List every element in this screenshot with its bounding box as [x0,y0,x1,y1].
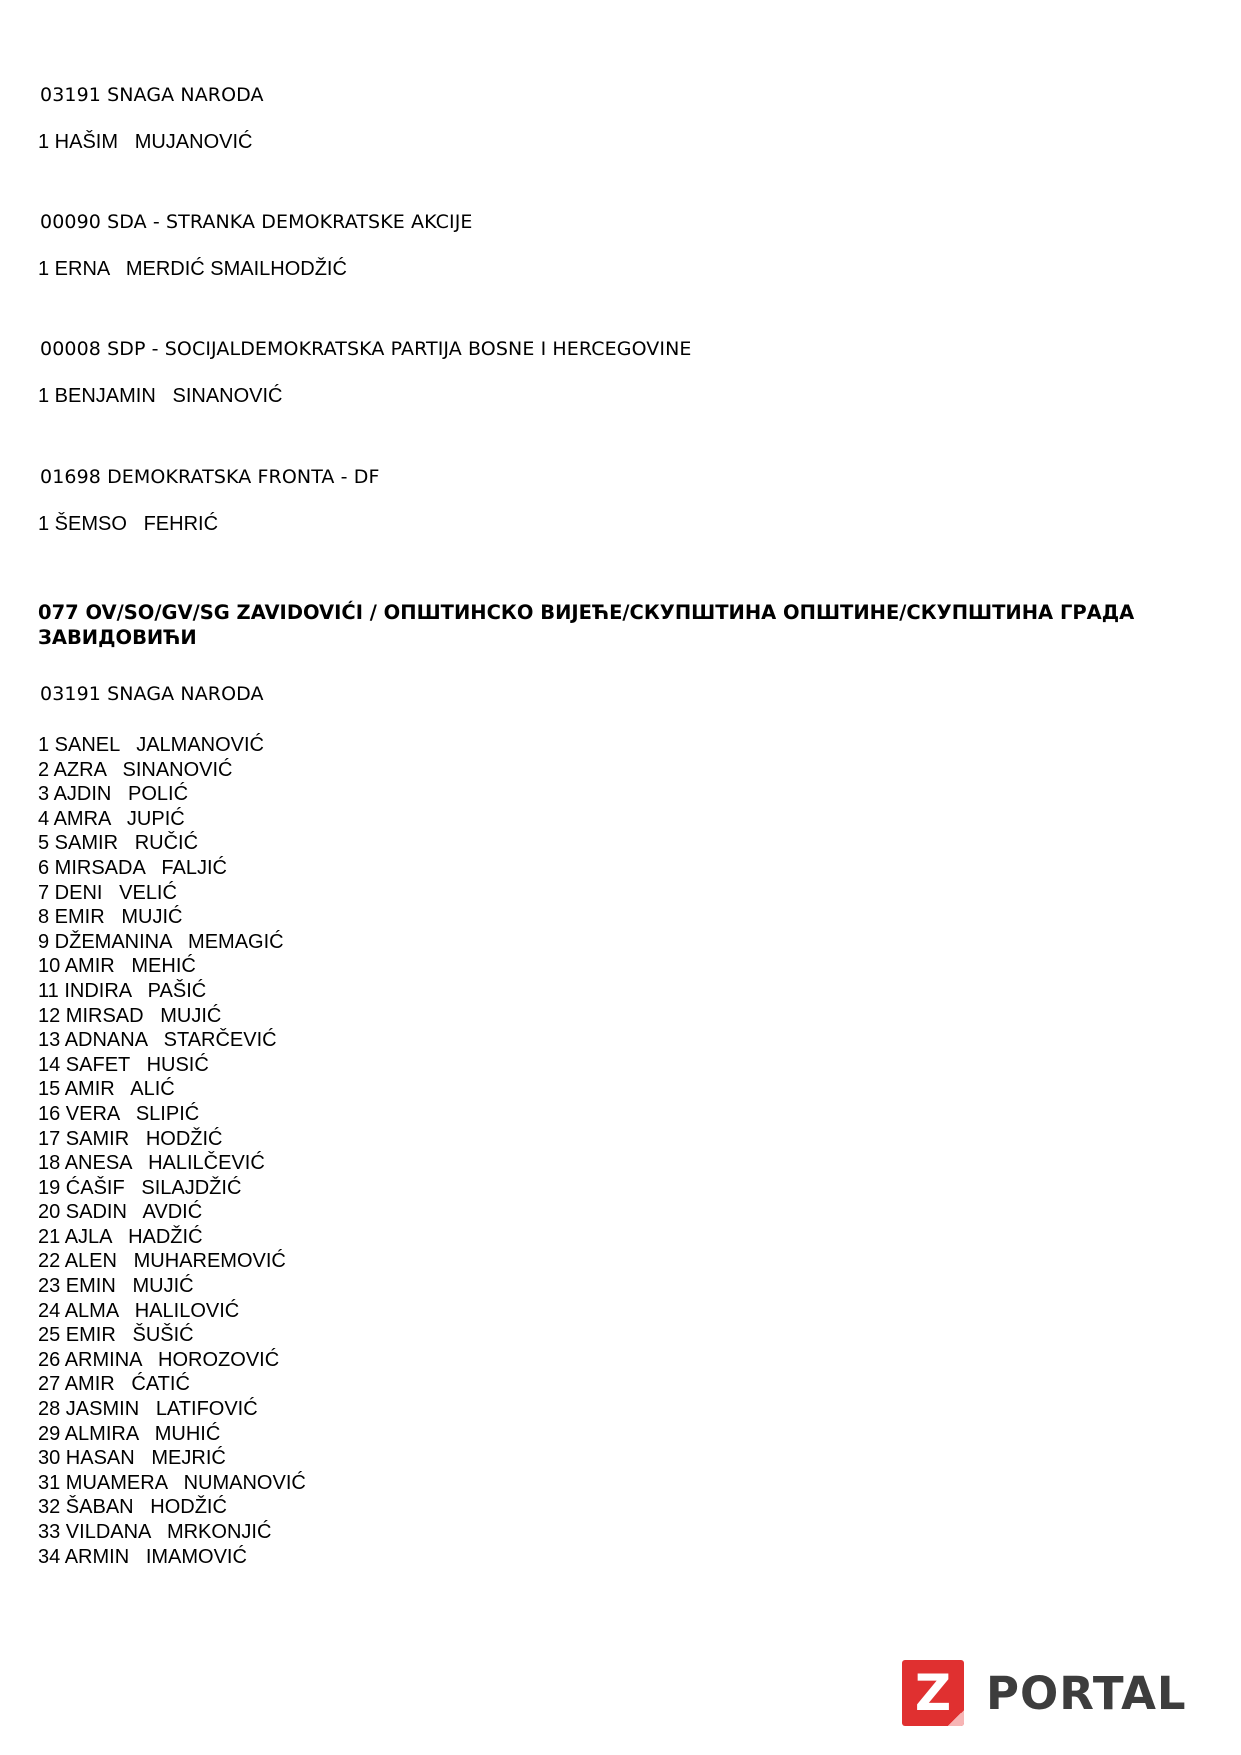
candidate-list-item: 26 ARMINA HOROZOVIĆ [38,1348,306,1373]
logo-text: PORTAL [986,1667,1187,1720]
candidate-list-item: 30 HASAN MEJRIĆ [38,1446,306,1471]
candidate-list-item: 14 SAFET HUSIĆ [38,1053,306,1078]
candidate-list-item: 18 ANESA HALILČEVIĆ [38,1151,306,1176]
candidate-list-item: 27 AMIR ĆATIĆ [38,1372,306,1397]
candidate-name: 1 ŠEMSO FEHRIĆ [38,513,218,536]
candidate-list-item: 11 INDIRA PAŠIĆ [38,979,306,1004]
candidate-list-item: 2 AZRA SINANOVIĆ [38,758,306,783]
candidate-list-item: 4 AMRA JUPIĆ [38,807,306,832]
municipality-heading: 077 OV/SO/GV/SG ZAVIDOVIĆI / ОПШТИНСКО В… [38,600,1188,650]
candidate-list-item: 17 SAMIR HODŽIĆ [38,1127,306,1152]
candidate-list-item: 20 SADIN AVDIĆ [38,1200,306,1225]
candidate-list-item: 24 ALMA HALILOVIĆ [38,1299,306,1324]
z-portal-logo: Z PORTAL [902,1660,1187,1726]
candidate-list-item: 12 MIRSAD MUJIĆ [38,1004,306,1029]
candidate-list-item: 1 SANEL JALMANOVIĆ [38,733,306,758]
candidate-list-item: 34 ARMIN IMAMOVIĆ [38,1545,306,1570]
party-name: 00090 SDA - STRANKA DEMOKRATSKE AKCIJE [40,211,473,233]
z-logo-icon: Z [902,1660,964,1726]
document-page: 03191 SNAGA NARODA 1 HAŠIM MUJANOVIĆ 000… [0,0,1241,1755]
candidate-list-item: 8 EMIR MUJIĆ [38,905,306,930]
candidate-list-item: 25 EMIR ŠUŠIĆ [38,1323,306,1348]
candidate-list-item: 21 AJLA HADŽIĆ [38,1225,306,1250]
candidate-list-item: 6 MIRSADA FALJIĆ [38,856,306,881]
candidate-list: 1 SANEL JALMANOVIĆ2 AZRA SINANOVIĆ3 AJDI… [38,733,306,1569]
candidate-name: 1 HAŠIM MUJANOVIĆ [38,131,252,154]
municipality-party-name: 03191 SNAGA NARODA [40,683,264,705]
candidate-list-item: 10 AMIR MEHIĆ [38,954,306,979]
candidate-list-item: 15 AMIR ALIĆ [38,1077,306,1102]
logo-letter: Z [915,1668,951,1718]
candidate-list-item: 23 EMIN MUJIĆ [38,1274,306,1299]
candidate-list-item: 7 DENI VELIĆ [38,881,306,906]
candidate-list-item: 29 ALMIRA MUHIĆ [38,1422,306,1447]
party-name: 00008 SDP - SOCIJALDEMOKRATSKA PARTIJA B… [40,338,692,360]
candidate-list-item: 31 MUAMERA NUMANOVIĆ [38,1471,306,1496]
candidate-list-item: 13 ADNANA STARČEVIĆ [38,1028,306,1053]
party-name: 01698 DEMOKRATSKA FRONTA - DF [40,466,380,488]
candidate-list-item: 28 JASMIN LATIFOVIĆ [38,1397,306,1422]
candidate-list-item: 19 ĆAŠIF SILAJDŽIĆ [38,1176,306,1201]
candidate-list-item: 33 VILDANA MRKONJIĆ [38,1520,306,1545]
candidate-name: 1 ERNA MERDIĆ SMAILHODŽIĆ [38,258,347,281]
candidate-name: 1 BENJAMIN SINANOVIĆ [38,385,283,408]
candidate-list-item: 3 AJDIN POLIĆ [38,782,306,807]
candidate-list-item: 22 ALEN MUHAREMOVIĆ [38,1249,306,1274]
candidate-list-item: 9 DŽEMANINA MEMAGIĆ [38,930,306,955]
candidate-list-item: 5 SAMIR RUČIĆ [38,831,306,856]
party-name: 03191 SNAGA NARODA [40,84,264,106]
candidate-list-item: 16 VERA SLIPIĆ [38,1102,306,1127]
candidate-list-item: 32 ŠABAN HODŽIĆ [38,1495,306,1520]
